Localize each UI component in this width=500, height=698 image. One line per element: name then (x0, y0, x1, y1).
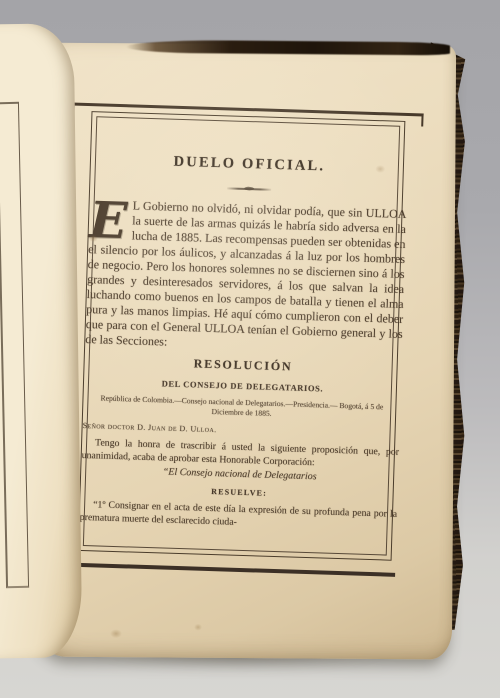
frame-bottom-rule (43, 562, 395, 577)
page-stain (194, 624, 202, 631)
subheading-delegatarios: DEL CONSEJO DE DELEGATARIOS. (84, 376, 401, 396)
frame-outer-border (78, 111, 406, 561)
heading-resolucion: RESOLUCIÓN (84, 353, 401, 378)
dateline: República de Colombia.—Consejo nacional … (83, 393, 400, 423)
page-stain (110, 629, 122, 638)
page-stain (89, 235, 98, 242)
frame-top-rule (72, 102, 424, 116)
paragraph-opening: EL Gobierno no olvidó, ni olvidar podía,… (85, 197, 407, 357)
heading-resuelve: RESUELVE: (81, 483, 398, 502)
page-frame: DUELO OFICIAL. EL Gobierno no olvidó, ni… (69, 103, 417, 577)
ornament-divider (227, 185, 271, 191)
paragraph-transcription: Tengo la honra de trascribir á usted la … (82, 436, 400, 472)
page-title: DUELO OFICIAL. (91, 151, 408, 178)
page-content: DUELO OFICIAL. EL Gobierno no olvidó, ni… (69, 103, 417, 577)
paragraph-first-item: “1º Consignar en el acta de este día la … (80, 498, 398, 535)
page-stain (375, 165, 385, 173)
salutation: Señor doctor D. Juan de D. Ulloa. (83, 421, 400, 440)
quote-line: “El Consejo nacional de Delegatarios (81, 464, 398, 485)
book-photo-scene: DUELO OFICIAL. EL Gobierno no olvidó, ni… (0, 0, 500, 698)
frame-inner-border (83, 116, 400, 555)
drop-cap: E (88, 199, 127, 242)
book-page: DUELO OFICIAL. EL Gobierno no olvidó, ni… (22, 43, 456, 660)
paragraph-opening-text: L Gobierno no olvidó, ni olvidar podía, … (85, 198, 407, 348)
